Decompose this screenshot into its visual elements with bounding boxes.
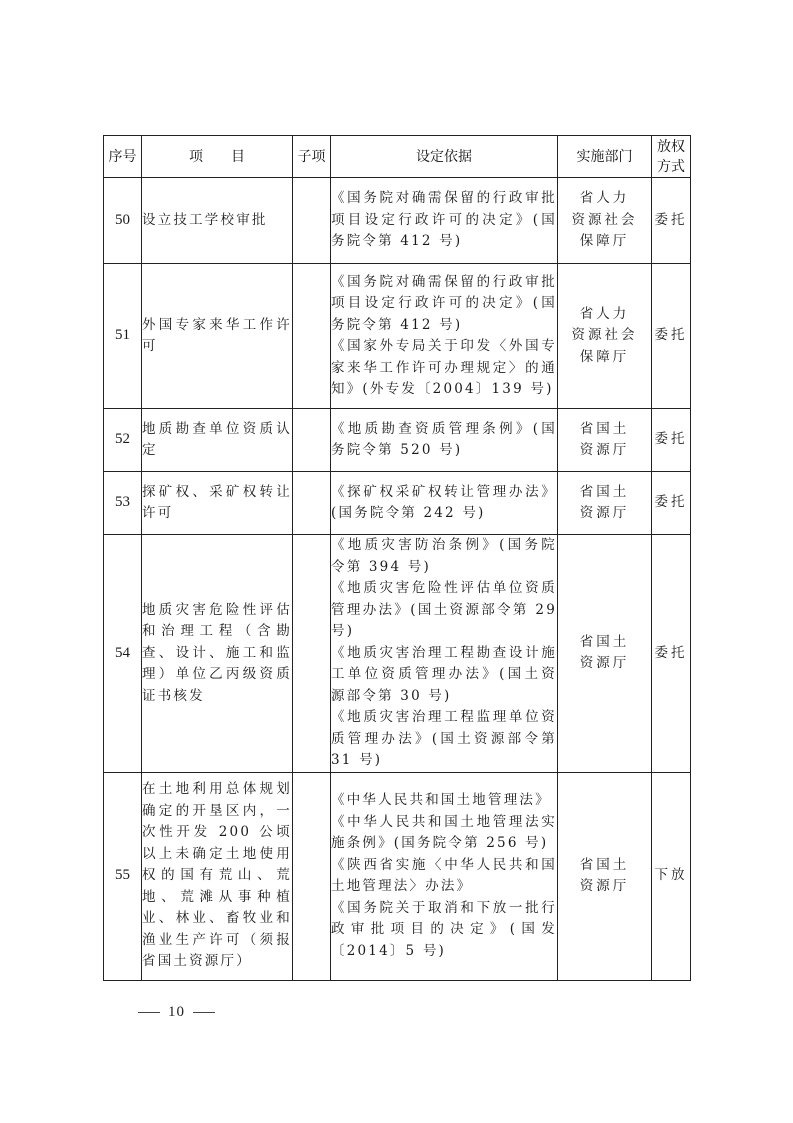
row-mode: 委托 — [652, 178, 691, 264]
table-row: 52 地质勘查单位资质认定 《地质勘查资质管理条例》(国务院令第 520 号) … — [104, 409, 691, 472]
row-mode: 下放 — [652, 772, 691, 980]
row-item: 设立技工学校审批 — [142, 178, 293, 264]
row-basis: 《地质灾害防治条例》(国务院令第 394 号) 《地质灾害危险性评估单位资质管理… — [331, 535, 558, 773]
header-item: 项 目 — [142, 136, 293, 178]
row-num: 53 — [104, 472, 142, 535]
row-dept: 省国土 资源厅 — [558, 409, 652, 472]
table-header-row: 序号 项 目 子项 设定依据 实施部门 放权 方式 — [104, 136, 691, 178]
row-item: 在土地利用总体规划确定的开垦区内，一次性开发 200 公顷以上未确定土地使用权的… — [142, 772, 293, 980]
row-num: 50 — [104, 178, 142, 264]
row-mode: 委托 — [652, 409, 691, 472]
row-sub — [293, 535, 331, 773]
row-num: 54 — [104, 535, 142, 773]
page-footer: 10 — [130, 1004, 223, 1021]
table-row: 53 探矿权、采矿权转让许可 《探矿权采矿权转让管理办法》(国务院令第 242 … — [104, 472, 691, 535]
page-number: 10 — [168, 1004, 185, 1020]
row-basis: 《探矿权采矿权转让管理办法》(国务院令第 242 号) — [331, 472, 558, 535]
header-mode: 放权 方式 — [652, 136, 691, 178]
row-sub — [293, 264, 331, 409]
header-basis: 设定依据 — [331, 136, 558, 178]
row-basis: 《国务院对确需保留的行政审批项目设定行政许可的决定》(国务院令第 412 号) — [331, 178, 558, 264]
table-row: 51 外国专家来华工作许可 《国务院对确需保留的行政审批项目设定行政许可的决定》… — [104, 264, 691, 409]
row-item: 外国专家来华工作许可 — [142, 264, 293, 409]
row-item: 探矿权、采矿权转让许可 — [142, 472, 293, 535]
row-mode: 委托 — [652, 472, 691, 535]
row-dept: 省人力 资源社会 保障厅 — [558, 264, 652, 409]
row-item: 地质勘查单位资质认定 — [142, 409, 293, 472]
row-sub — [293, 409, 331, 472]
row-mode: 委托 — [652, 264, 691, 409]
table-row: 55 在土地利用总体规划确定的开垦区内，一次性开发 200 公顷以上未确定土地使… — [104, 772, 691, 980]
row-dept: 省国土 资源厅 — [558, 535, 652, 773]
row-sub — [293, 178, 331, 264]
row-mode: 委托 — [652, 535, 691, 773]
dash-right — [193, 1012, 215, 1013]
row-sub — [293, 772, 331, 980]
dash-left — [138, 1012, 160, 1013]
table-row: 50 设立技工学校审批 《国务院对确需保留的行政审批项目设定行政许可的决定》(国… — [104, 178, 691, 264]
row-basis: 《中华人民共和国土地管理法》 《中华人民共和国土地管理法实施条例》(国务院令第 … — [331, 772, 558, 980]
header-dept: 实施部门 — [558, 136, 652, 178]
row-basis: 《国务院对确需保留的行政审批项目设定行政许可的决定》(国务院令第 412 号) … — [331, 264, 558, 409]
header-num: 序号 — [104, 136, 142, 178]
row-basis: 《地质勘查资质管理条例》(国务院令第 520 号) — [331, 409, 558, 472]
row-sub — [293, 472, 331, 535]
row-num: 52 — [104, 409, 142, 472]
row-dept: 省人力 资源社会 保障厅 — [558, 178, 652, 264]
row-num: 55 — [104, 772, 142, 980]
row-num: 51 — [104, 264, 142, 409]
row-dept: 省国土 资源厅 — [558, 472, 652, 535]
row-dept: 省国土 资源厅 — [558, 772, 652, 980]
header-sub: 子项 — [293, 136, 331, 178]
approval-items-table: 序号 项 目 子项 设定依据 实施部门 放权 方式 50 设立技工学校审批 《国… — [103, 135, 691, 981]
table-row: 54 地质灾害危险性评估和治理工程（含勘查、设计、施工和监理）单位乙丙级资质证书… — [104, 535, 691, 773]
row-item: 地质灾害危险性评估和治理工程（含勘查、设计、施工和监理）单位乙丙级资质证书核发 — [142, 535, 293, 773]
